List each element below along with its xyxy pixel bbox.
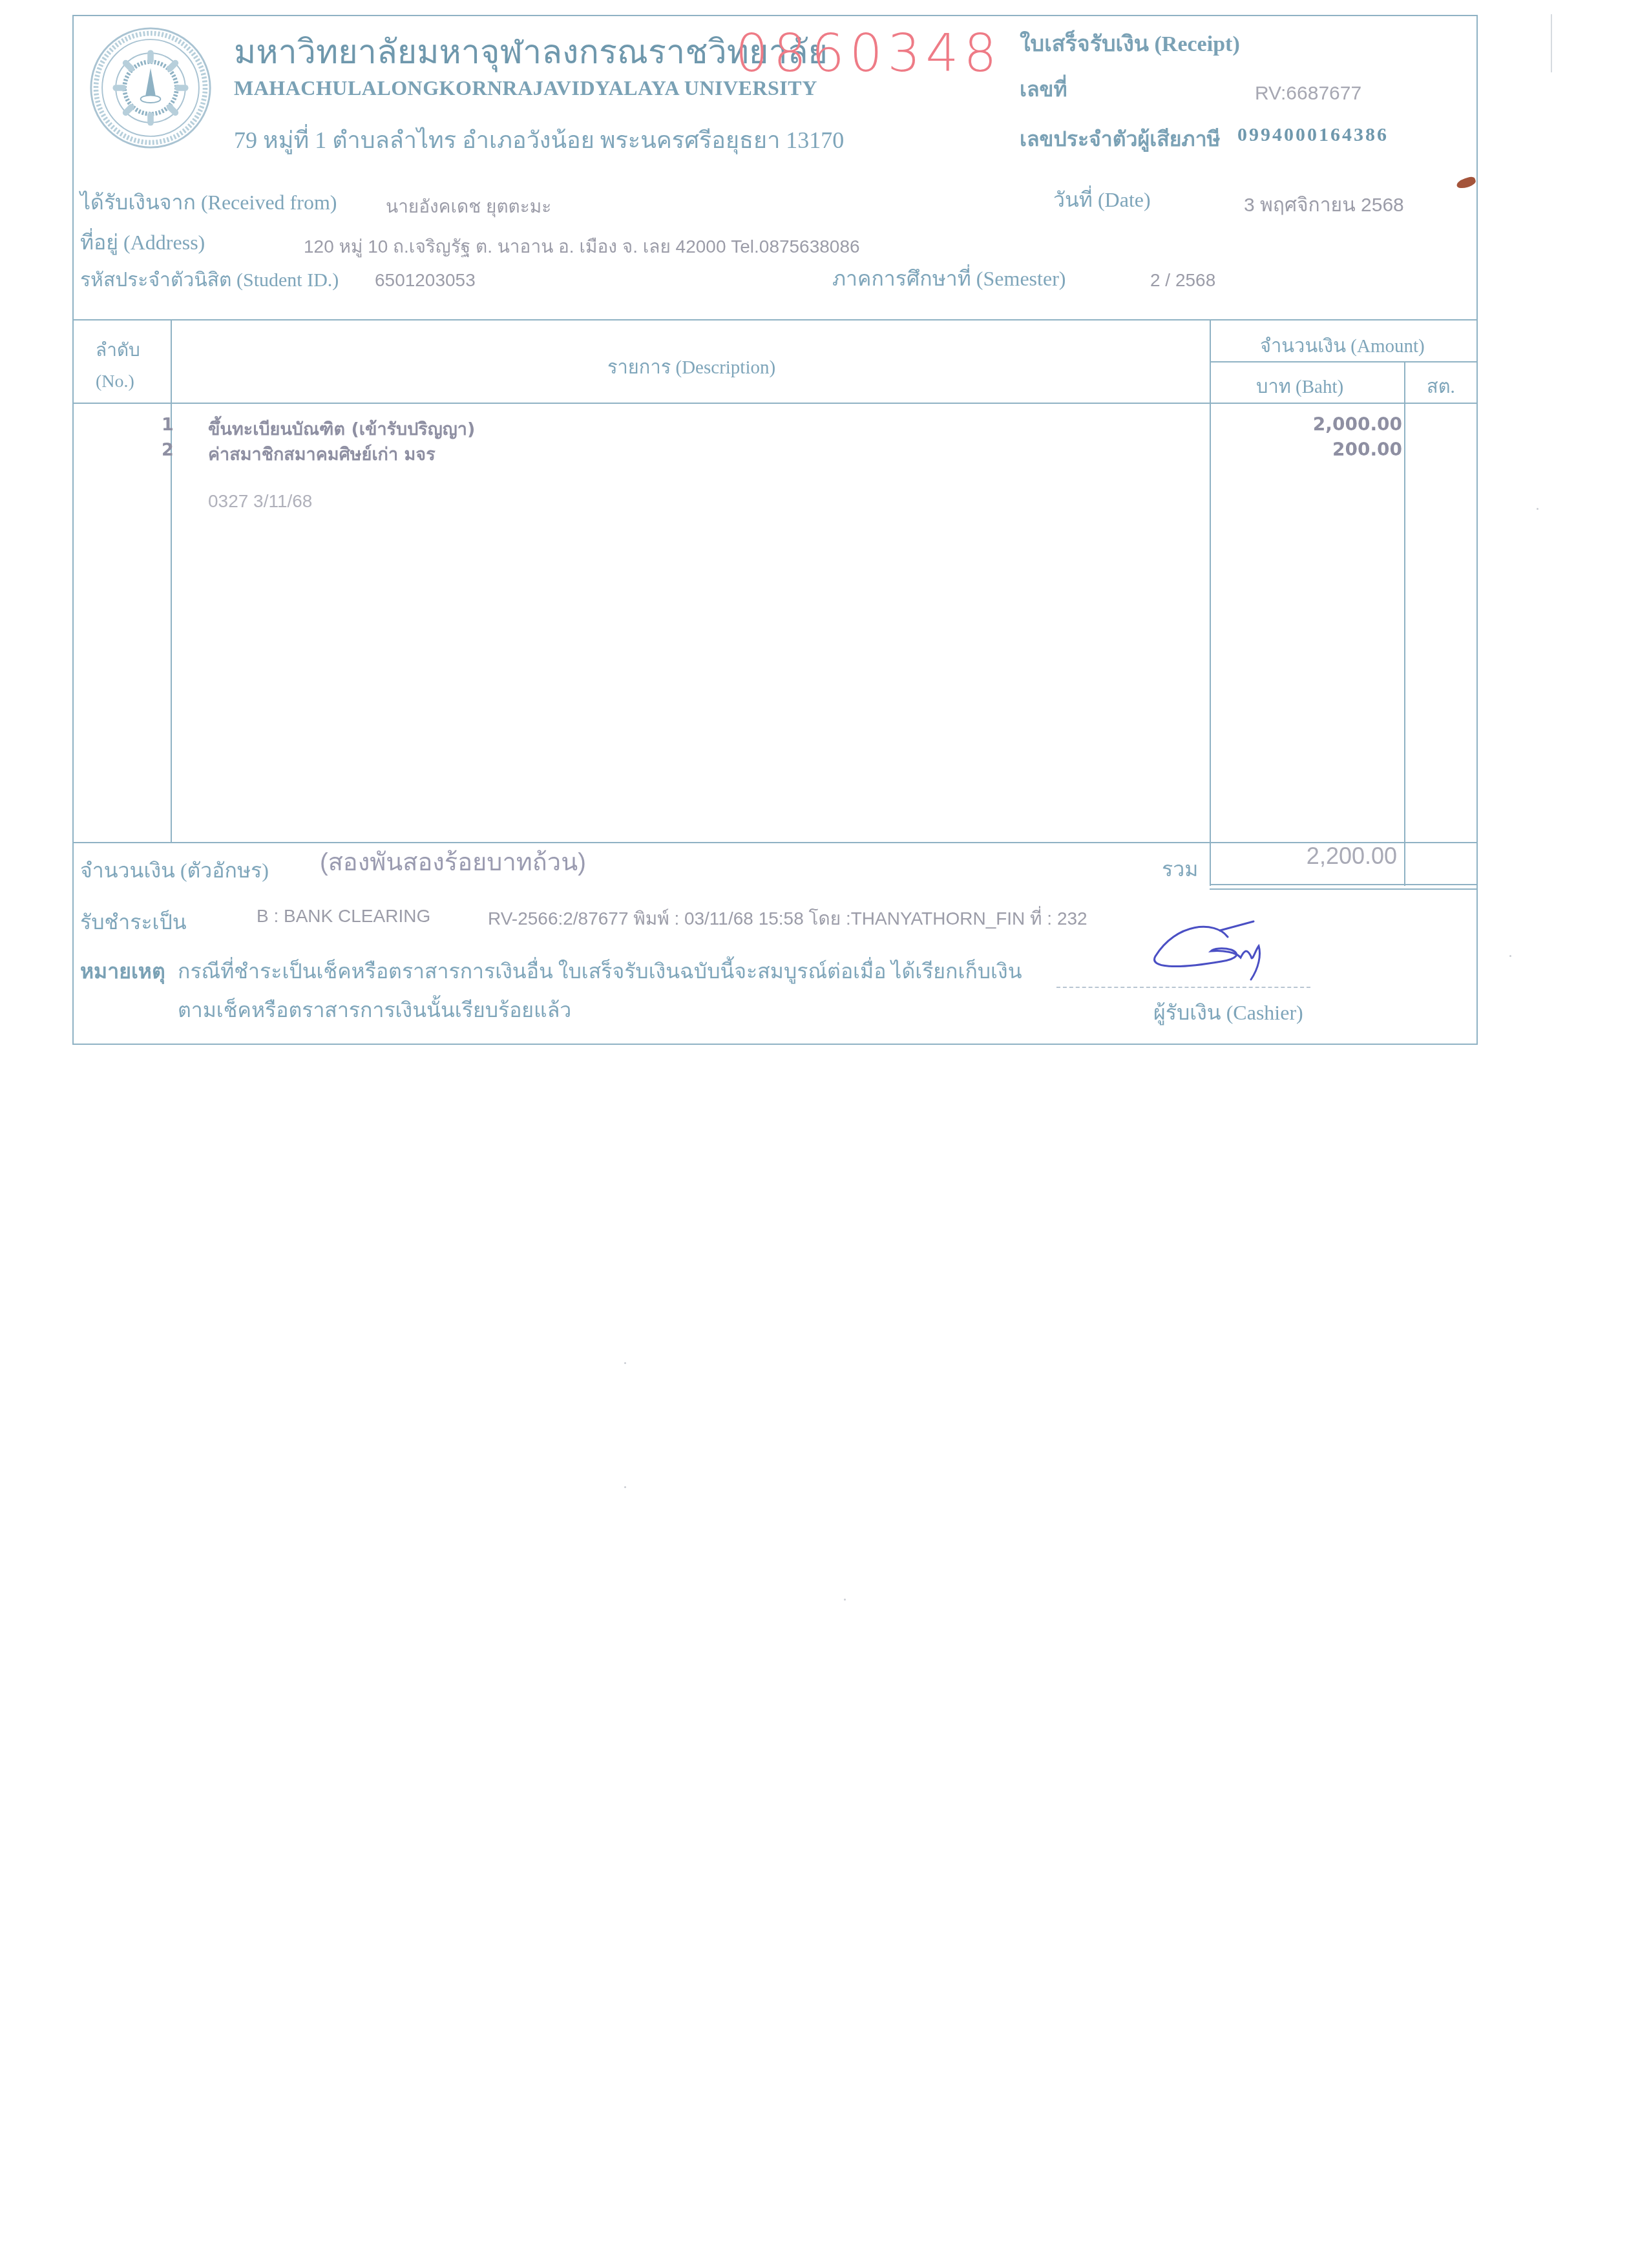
item-no: 2 [162, 440, 174, 460]
item-amount: 200.00 [1228, 439, 1402, 460]
signature-line [1056, 987, 1310, 988]
total-double-line-1 [1210, 884, 1478, 885]
table-top-line [72, 319, 1478, 320]
receipt-title: ใบเสร็จรับเงิน (Receipt) [1020, 26, 1240, 61]
print-info: RV-2566:2/87677 พิมพ์ : 03/11/68 15:58 โ… [488, 905, 1087, 933]
item-note: 0327 3/11/68 [208, 491, 312, 512]
address-label: ที่อยู่ (Address) [80, 226, 205, 259]
cashier-signature [1150, 916, 1286, 981]
receipt-no-label: เลขที่ [1020, 73, 1067, 106]
received-from-value: นายอังคเดช ยุตตะมะ [386, 193, 551, 221]
remark-line-1: กรณีที่ชำระเป็นเช็คหรือตราสารการเงินอื่น… [178, 955, 1022, 988]
item-description: ขึ้นทะเบียนบัณฑิต (เข้ารับปริญญา) [208, 415, 475, 443]
payment-method: B : BANK CLEARING [257, 906, 430, 927]
col-no-thai: ลำดับ [96, 336, 140, 364]
amount-words-label: จำนวนเงิน (ตัวอักษร) [80, 854, 269, 887]
scan-speck [624, 1362, 626, 1364]
col-description: รายการ (Description) [607, 352, 775, 382]
amount-column-divider [1210, 319, 1211, 886]
cashier-label: ผู้รับเงิน (Cashier) [1153, 996, 1303, 1029]
payment-label: รับชำระเป็น [80, 906, 187, 939]
col-baht: บาท (Baht) [1256, 372, 1343, 401]
total-label: รวม [1162, 853, 1198, 886]
semester-label: ภาคการศึกษาที่ (Semester) [832, 262, 1066, 295]
col-amount: จำนวนเงิน (Amount) [1260, 331, 1425, 361]
university-address: 79 หมู่ที่ 1 ตำบลลำไทร อำเภอวังน้อย พระน… [234, 121, 844, 158]
receipt-form [72, 15, 1478, 1045]
scan-speck [624, 1486, 626, 1488]
scan-speck [1509, 955, 1511, 957]
table-header-bottom-line [72, 403, 1478, 404]
scan-edge-mark [1551, 14, 1552, 72]
col-satang: สต. [1427, 372, 1455, 401]
received-from-label: ได้รับเงินจาก (Received from) [80, 186, 337, 219]
date-label: วันที่ (Date) [1053, 184, 1151, 216]
address-value: 120 หมู่ 10 ถ.เจริญรัฐ ต. นาอาน อ. เมือง… [304, 233, 860, 261]
amount-subheader-line [1210, 361, 1478, 362]
student-id-value: 6501203053 [375, 270, 476, 291]
date-value: 3 พฤศจิกายน 2568 [1244, 190, 1404, 220]
student-id-label: รหัสประจำตัวนิสิต (Student ID.) [80, 265, 339, 295]
tax-id-label: เลขประจำตัวผู้เสียภาษี [1020, 123, 1221, 156]
total-double-line-2 [1210, 888, 1478, 890]
receipt-no-value: RV:6687677 [1255, 83, 1361, 105]
university-seal-icon [89, 26, 213, 150]
item-amount: 2,000.00 [1228, 414, 1402, 435]
scan-speck [1537, 508, 1539, 510]
item-no: 1 [162, 415, 174, 435]
document-number: 0860348 [735, 23, 1002, 83]
amount-words-value: (สองพันสองร้อยบาทถ้วน) [320, 842, 586, 881]
total-value: 2,200.00 [1228, 843, 1397, 870]
tax-id-value: 0994000164386 [1237, 124, 1389, 146]
semester-value: 2 / 2568 [1150, 270, 1215, 291]
no-column-divider [171, 319, 172, 843]
remark-label: หมายเหตุ [80, 955, 165, 988]
satang-column-divider [1404, 361, 1405, 886]
item-description: ค่าสมาชิกสมาคมศิษย์เก่า มจร [208, 440, 436, 468]
remark-line-2: ตามเช็คหรือตราสารการเงินนั้นเรียบร้อยแล้… [178, 994, 571, 1027]
university-name-english: MAHACHULALONGKORNRAJAVIDYALAYA UNIVERSIT… [234, 76, 817, 100]
col-no-eng: (No.) [96, 372, 134, 392]
scan-speck [844, 1599, 846, 1601]
